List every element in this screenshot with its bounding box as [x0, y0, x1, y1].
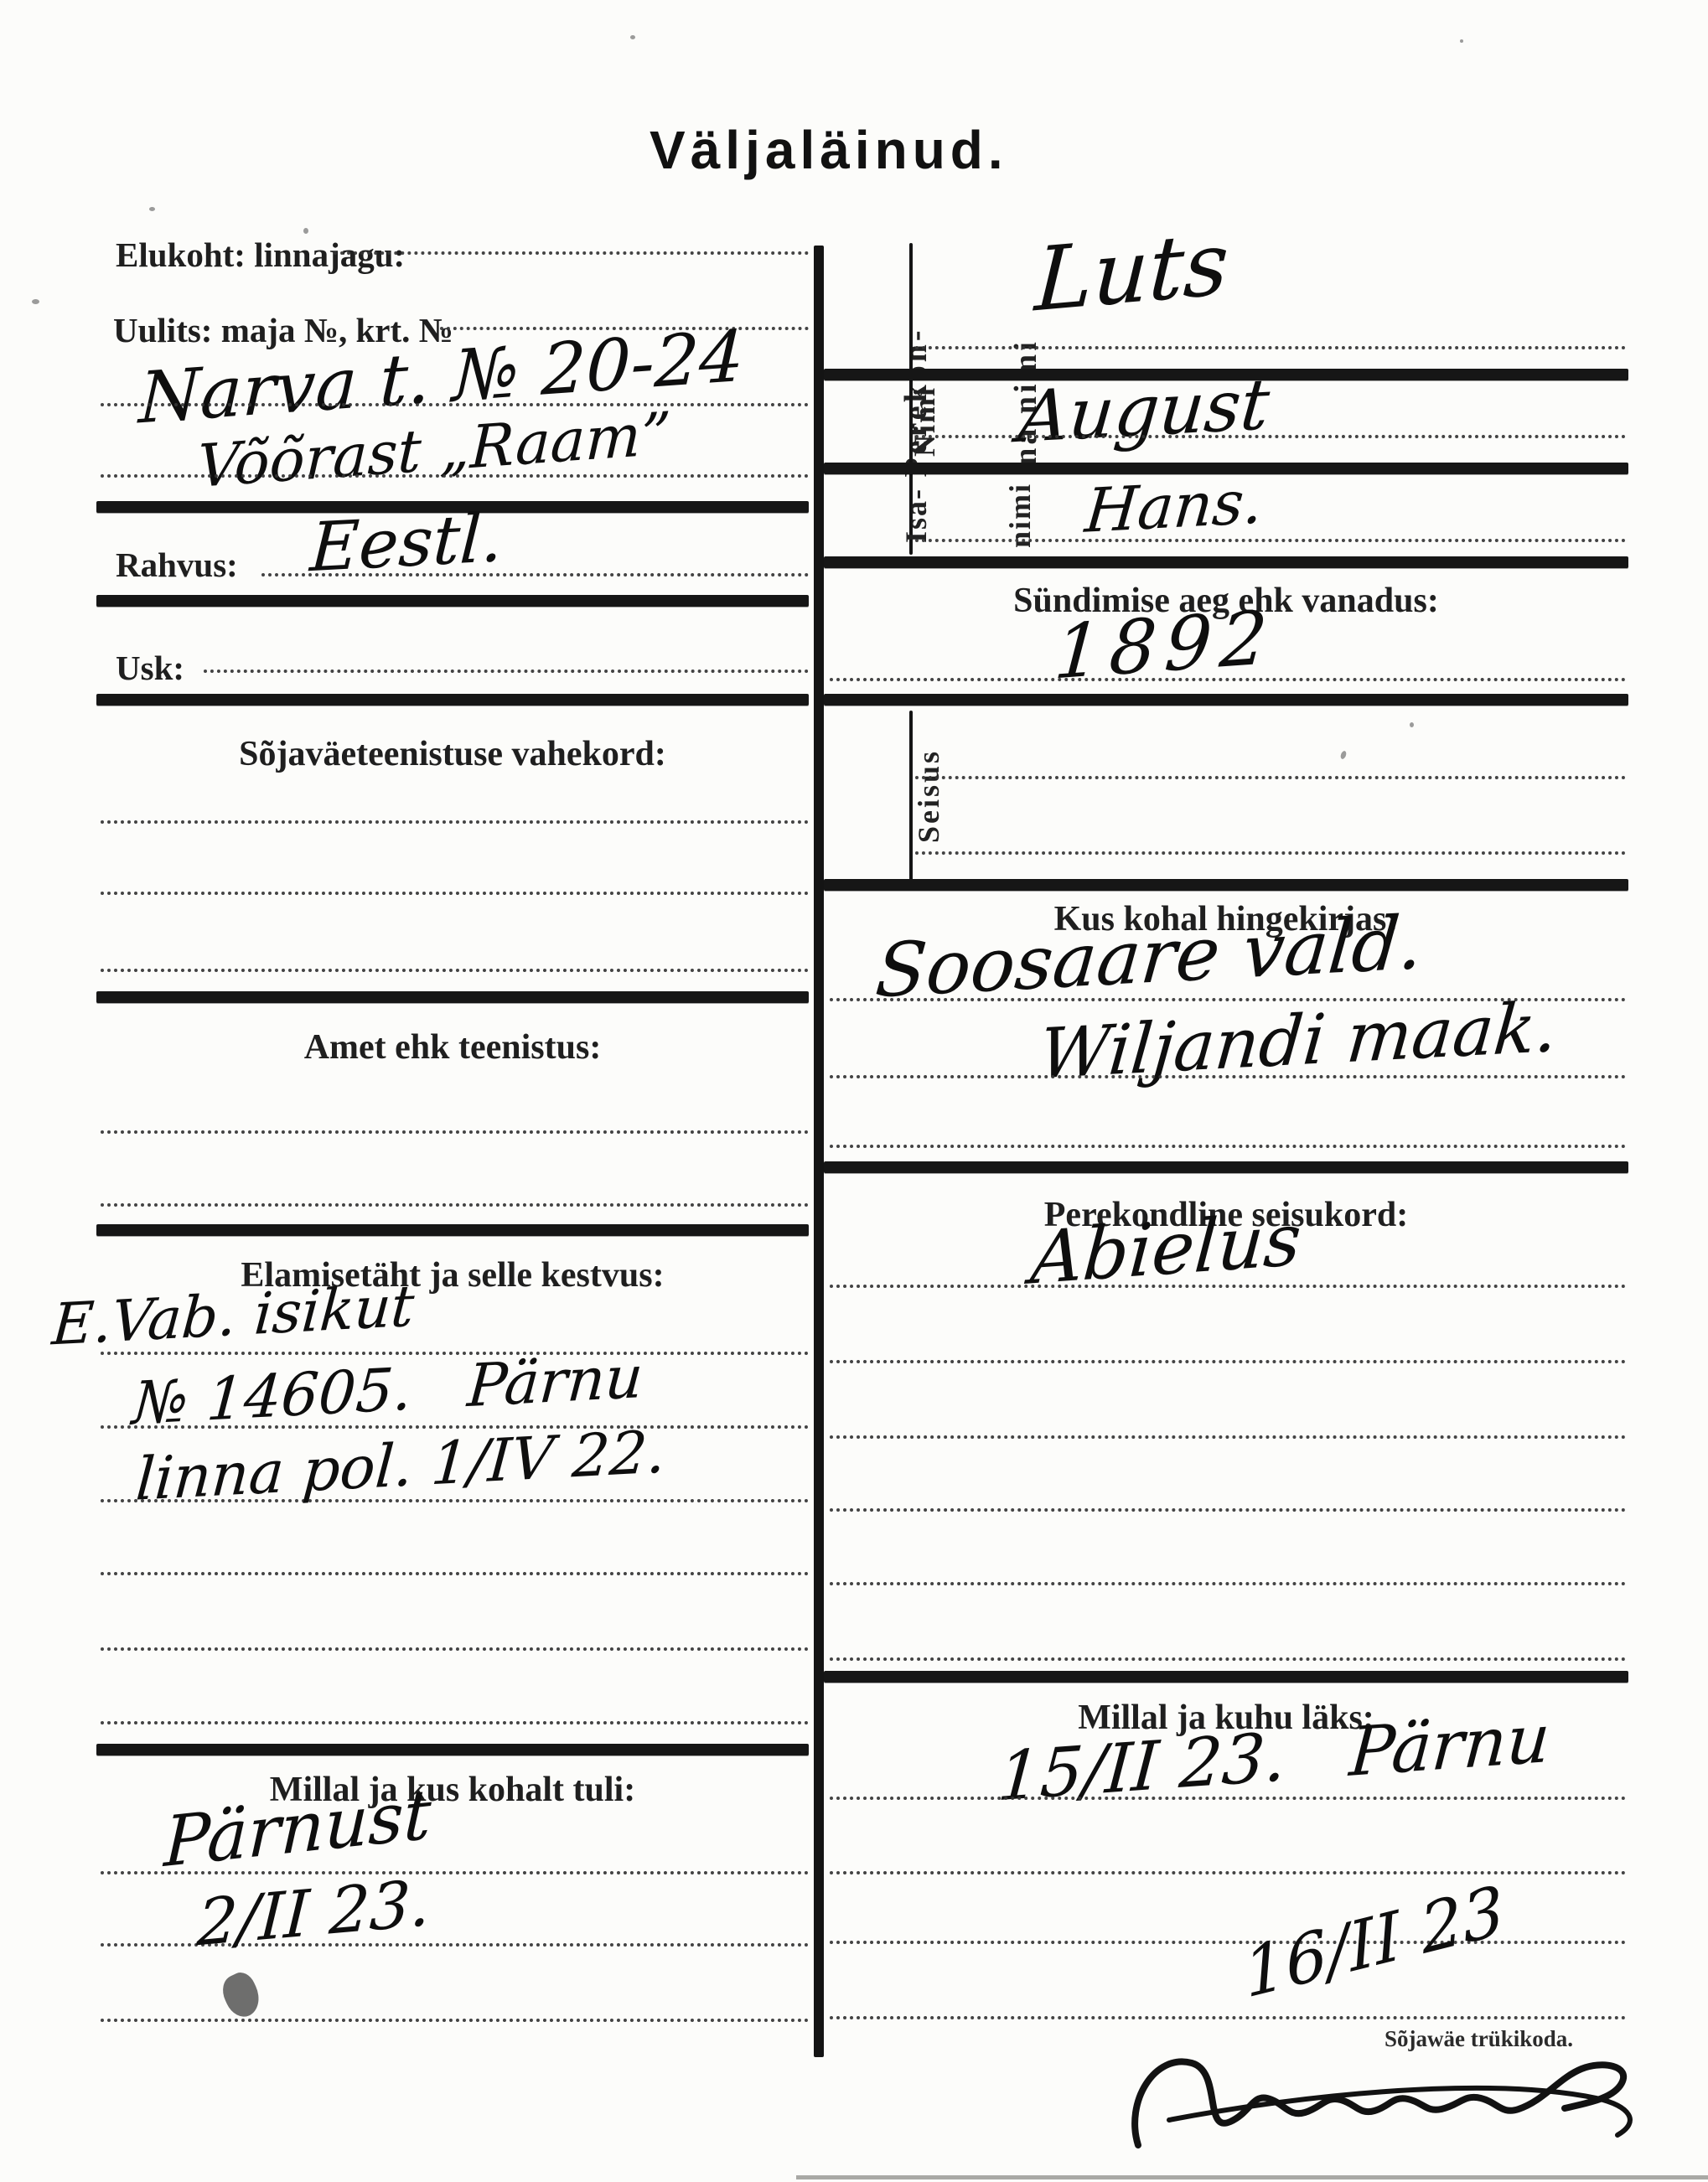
section-divider — [824, 879, 1628, 891]
residence-permit-entry-line3: linna pol. 1/IV 22. — [134, 1422, 668, 1508]
scan-edge-artifact — [796, 2175, 1708, 2179]
ink-speck — [32, 299, 39, 304]
section-divider — [96, 694, 809, 706]
nationality-entry: Eestl. — [308, 504, 505, 582]
dotted-rule — [101, 1203, 809, 1207]
dotted-rule — [830, 1360, 1626, 1363]
dotted-rule — [204, 670, 809, 673]
birth-entry: 1892 — [1052, 600, 1278, 690]
section-divider — [824, 556, 1628, 568]
dotted-rule — [334, 251, 809, 255]
section-divider — [824, 1671, 1628, 1683]
status-vertical-label: Seisus — [842, 704, 884, 888]
section-divider — [96, 1224, 809, 1236]
dotted-rule — [101, 820, 809, 824]
ink-speck — [630, 35, 635, 39]
family-status-entry: Abielus — [1028, 1203, 1303, 1295]
religion-label: Usk: — [116, 648, 184, 688]
status-label: Seisus — [912, 704, 946, 888]
dotted-rule — [261, 573, 809, 577]
ink-speck — [1339, 750, 1347, 759]
dotted-rule — [915, 776, 1626, 779]
signature — [1123, 2018, 1676, 2169]
ink-speck — [149, 207, 155, 211]
nationality-label: Rahvus: — [116, 545, 238, 585]
dotted-rule — [101, 969, 809, 972]
dotted-rule — [915, 539, 1626, 542]
dotted-rule — [101, 892, 809, 895]
section-divider — [96, 991, 809, 1003]
dotted-rule — [101, 1647, 809, 1651]
dotted-rule — [830, 1657, 1626, 1661]
departure-date2-entry: 16/II 23 — [1241, 1876, 1508, 2009]
dotted-rule — [101, 1721, 809, 1724]
residence-label: Elukoht: linnajagu: — [116, 235, 405, 275]
dotted-rule — [830, 1145, 1626, 1148]
arrival-entry-line2: 2/II 23. — [196, 1871, 432, 1956]
firstname-entry: August — [1016, 369, 1272, 452]
dotted-rule — [830, 678, 1626, 681]
dotted-rule — [101, 474, 809, 478]
dotted-rule — [830, 1582, 1626, 1585]
dotted-rule — [101, 1572, 809, 1575]
dotted-rule — [830, 1797, 1626, 1800]
ink-speck — [303, 228, 308, 234]
ink-blot — [217, 1968, 266, 2022]
occupation-label: Amet ehk teenistus: — [96, 1027, 809, 1068]
ink-speck — [1460, 39, 1463, 43]
dotted-rule — [830, 1508, 1626, 1512]
military-service-label: Sõjaväeteenistuse vahekord: — [96, 734, 809, 774]
residence-permit-entry-line1: E.Vab. isikut — [50, 1279, 416, 1355]
dotted-rule — [915, 435, 1626, 438]
dotted-rule — [915, 346, 1626, 349]
dotted-rule — [101, 2019, 809, 2022]
dotted-rule — [830, 1285, 1626, 1288]
surname-entry: Luts — [1033, 219, 1231, 323]
fathername-entry: Hans. — [1083, 471, 1265, 541]
main-vertical-divider — [814, 246, 824, 2057]
dotted-rule — [830, 1075, 1626, 1078]
dotted-rule — [101, 1130, 809, 1134]
dotted-rule — [830, 1435, 1626, 1439]
section-divider — [824, 1161, 1628, 1173]
page-title: Väljaläinud. — [650, 119, 1008, 181]
scanned-form-page: Väljaläinud. Elukoht: linnajagu: Uulits:… — [0, 0, 1708, 2182]
section-divider — [96, 595, 809, 607]
dotted-rule — [101, 403, 809, 406]
dotted-rule — [830, 1871, 1626, 1874]
dotted-rule — [915, 851, 1626, 855]
section-divider — [96, 1744, 809, 1755]
ink-speck — [1410, 722, 1414, 727]
residence-permit-entry-line2: № 14605. Pärnu — [131, 1347, 645, 1433]
status-box-border — [909, 711, 913, 882]
